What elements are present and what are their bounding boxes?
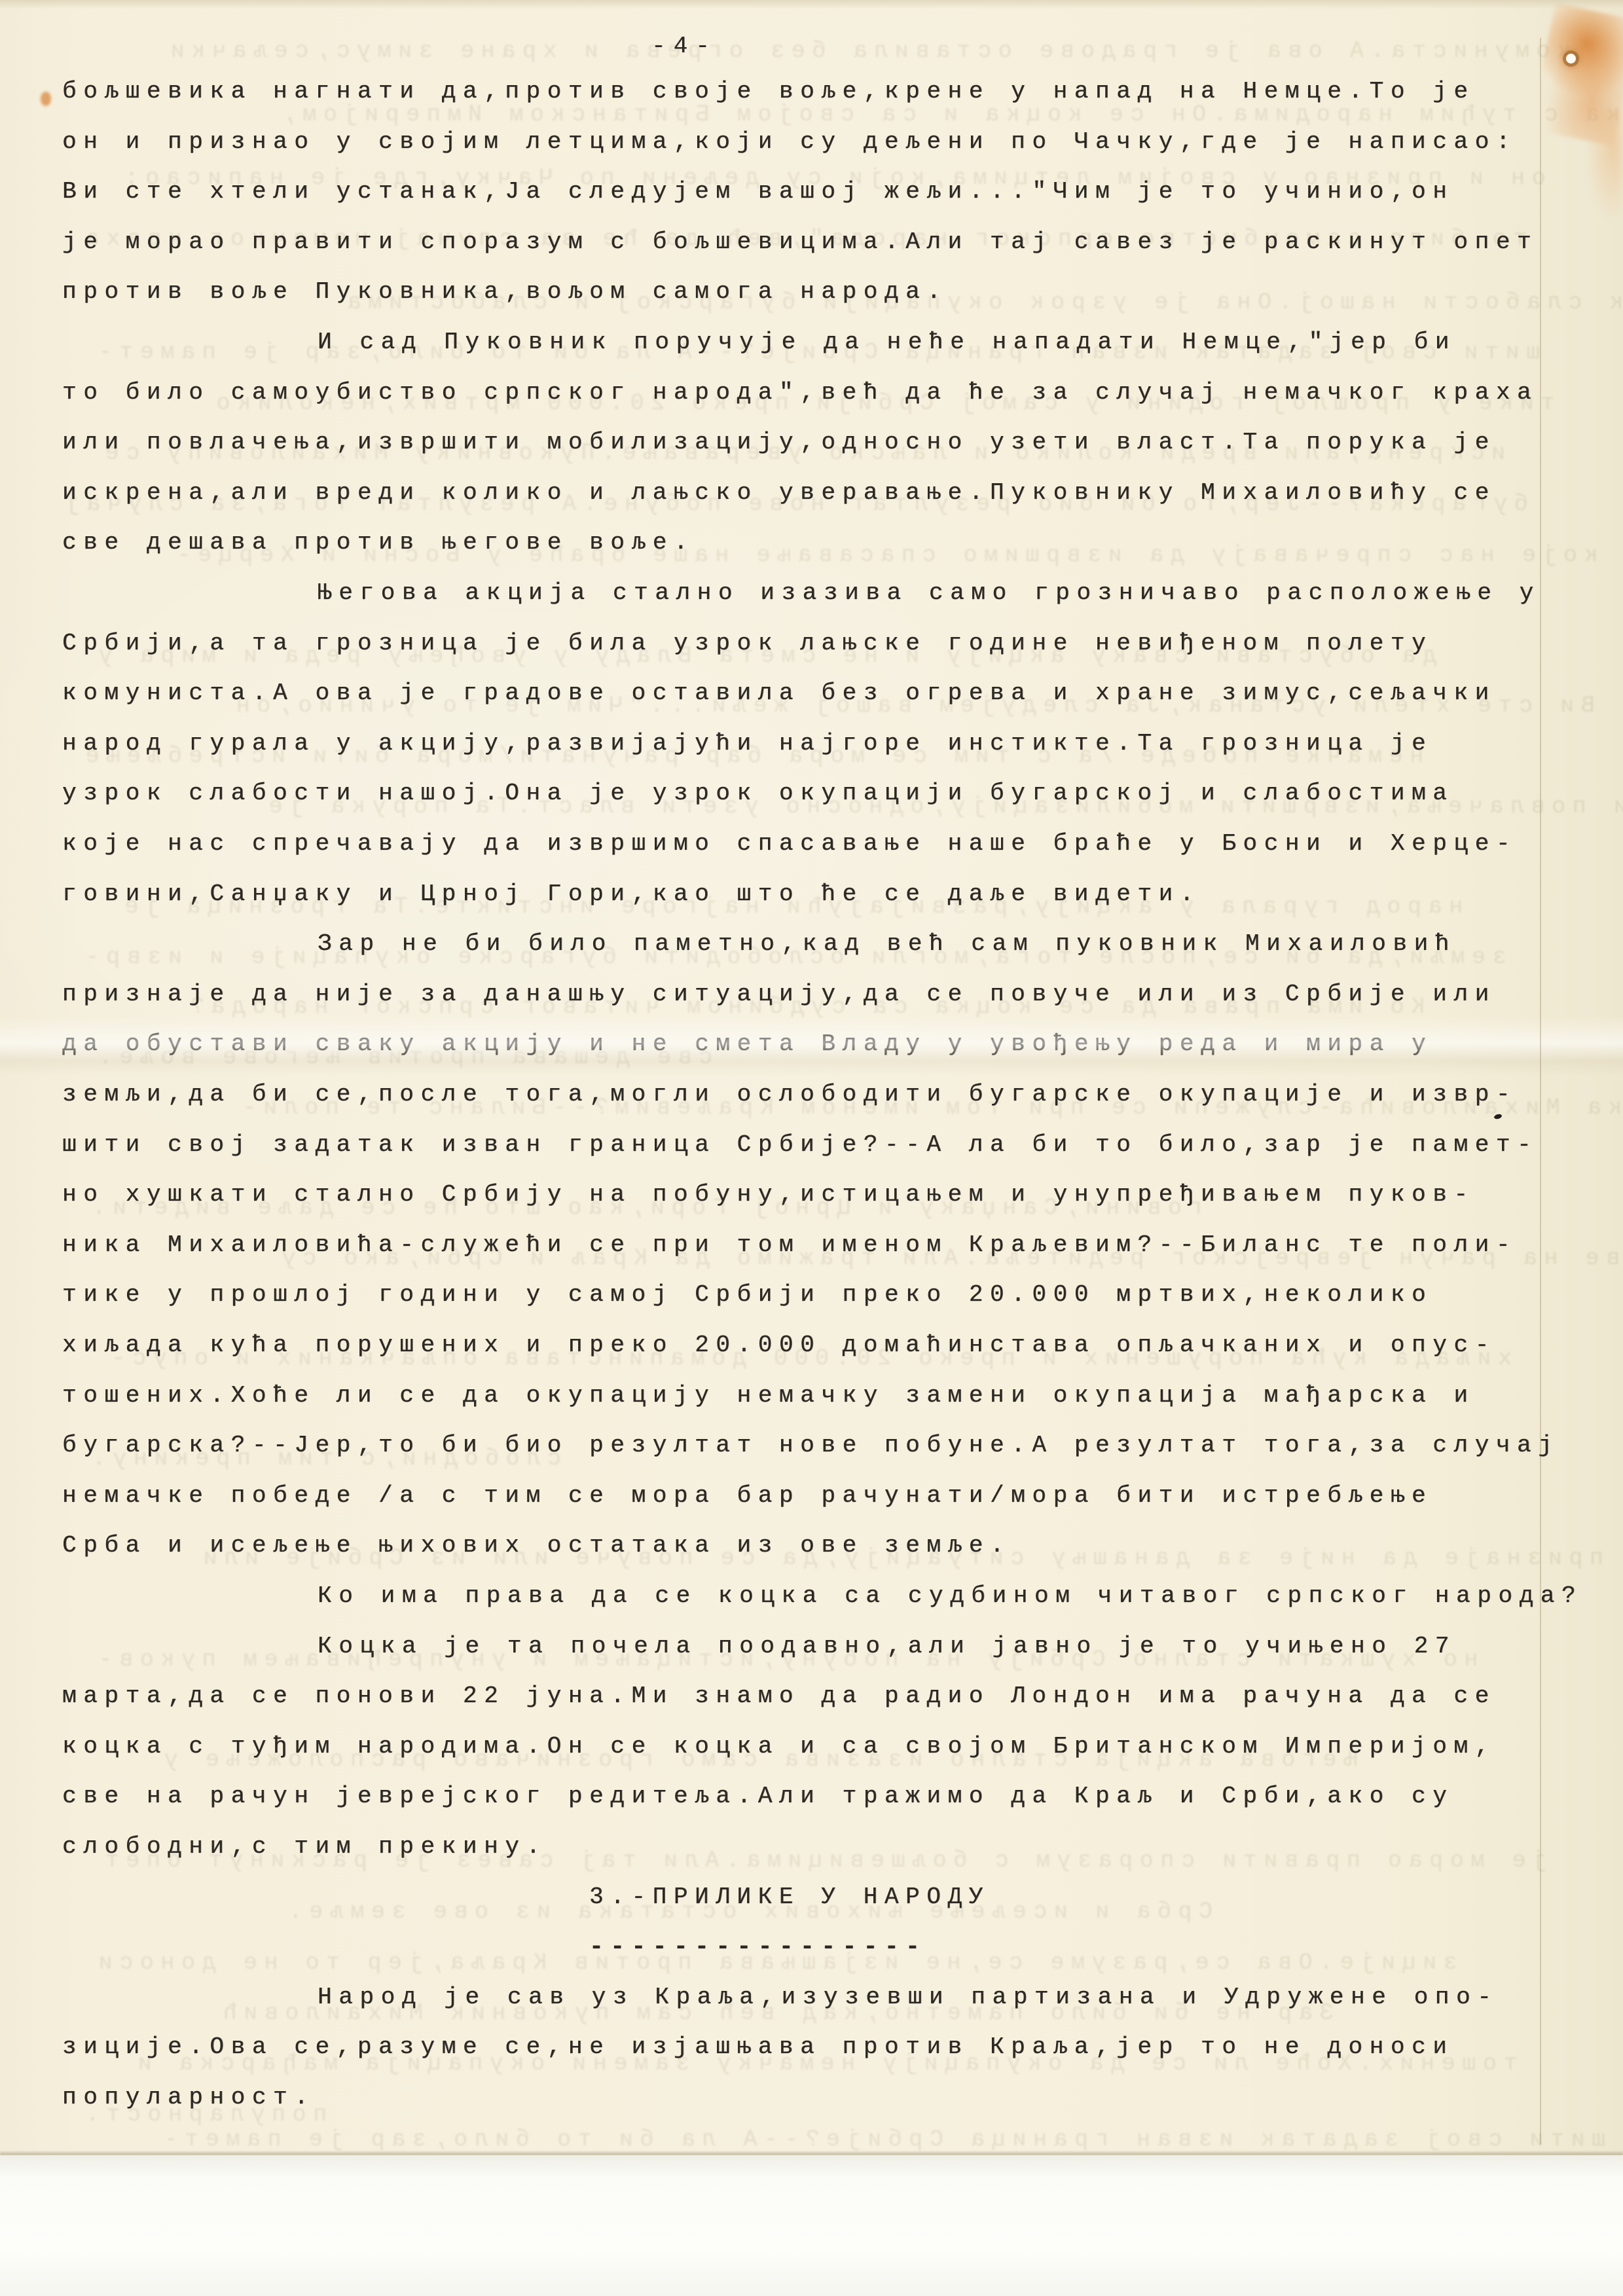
bleedthrough-ghost-line: коцка с туђим народима.Он се коцка и са … (275, 101, 1623, 128)
ink-speck (1493, 1114, 1502, 1120)
scanned-page: комуниста.А ова је градове оставила без … (0, 0, 1623, 2296)
section-heading: 3.-ПРИЛИКЕ У НАРОДУ (589, 1884, 990, 1910)
vertical-fold-crease (1540, 38, 1541, 2145)
text-line: то било самоубиство српског народа",већ … (62, 380, 1538, 406)
heading-underline: ---------------- (589, 1934, 926, 1960)
rust-stain-tail (1590, 110, 1623, 234)
text-line: ника Михаиловића-служећи се при том имен… (62, 1232, 1517, 1258)
text-line: узрок слабости нашој.Она је узрок окупац… (62, 780, 1453, 807)
bleedthrough-ghost-line: комуниста.А ова је градове оставила без … (164, 38, 1571, 64)
text-line: Ко има права да се коцка са судбином чит… (318, 1583, 1582, 1609)
text-line: све на рачун јеврејског редитеља.Али тра… (62, 1783, 1453, 1810)
text-line: Ви сте хтели устанак,Ја следујем вашој ж… (62, 179, 1453, 205)
paper-sheet: комуниста.А ова је градове оставила без … (0, 0, 1623, 2155)
text-line: све дешава против његове воље. (62, 530, 695, 556)
text-line: бољшевика нагнати да,против своје воље,к… (62, 79, 1475, 105)
text-line: Његова акција стално изазива само грозни… (318, 580, 1541, 606)
text-line: је морао правити споразум с бољшевицима.… (62, 229, 1538, 255)
rust-hole (1566, 54, 1576, 64)
text-line: тике у прошлој години у самој Србији пре… (62, 1282, 1432, 1308)
text-line: Србији,а та грозница је била узрок лањск… (62, 630, 1432, 657)
text-line: бугарска?--Јер,то би био резултат нове п… (62, 1432, 1559, 1459)
text-line: тошених.Хоће ли се да окупацију немачку … (62, 1383, 1475, 1409)
text-line: Зар не би било паметно,кад већ сам пуков… (318, 931, 1456, 957)
text-line: но хушкати стално Србију на побуну,истиц… (62, 1182, 1475, 1208)
text-line: коцка с туђим народима.Он се коцка и са … (62, 1734, 1496, 1760)
text-line: Коцка је та почела поодавно,али јавно је… (318, 1633, 1456, 1660)
text-line: он и признао у својим летцима,који су де… (62, 129, 1517, 155)
small-stain-left-edge (41, 92, 51, 106)
text-line: комуниста.А ова је градове оставила без … (62, 680, 1496, 706)
text-line: хиљада кућа порушених и преко 20.000 дом… (62, 1332, 1496, 1358)
text-line: земљи,да би се,после тога,могли ослободи… (62, 1082, 1517, 1108)
text-line: признаје да није за данашњу ситуацију,да… (62, 981, 1496, 1008)
text-line: или повлачења,извршити мобилизацију,одно… (62, 429, 1496, 456)
text-line: марта,да се понови 22 јуна.Ми знамо да р… (62, 1683, 1496, 1709)
scanner-background (0, 2155, 1623, 2296)
text-line: Срба и исељење њихових остатака из ове з… (62, 1533, 1011, 1559)
text-line: Народ је сав уз Краља,изузевши партизана… (318, 1984, 1498, 2011)
text-line: народ гурала у акцију,развијајући најгор… (62, 731, 1432, 757)
text-line: да обустави сваку акцију и не смета Влад… (62, 1031, 1432, 1057)
text-line: немачке победе /а с тим се мора бар рачу… (62, 1483, 1432, 1509)
page-number: -4- (651, 33, 718, 60)
text-line: И сад Пуковник поручује да неће нападати… (318, 329, 1456, 355)
text-line: популарност. (62, 2085, 315, 2111)
text-line: шити свој задатак изван граница Србије?-… (62, 1132, 1538, 1158)
text-line: говини,Санџаку и Црној Гори,као што ће с… (62, 881, 1201, 907)
text-line: искрена,али вреди колико и лањско уверав… (62, 480, 1496, 506)
text-line: против воље Пуковника,вољом самога народ… (62, 279, 948, 305)
text-line: слободни,с тим прекину. (62, 1834, 547, 1860)
text-line: које нас спречавају да извршимо спасавањ… (62, 831, 1517, 857)
text-line: зиције.Ова се,разуме се,не изјашњава про… (62, 2034, 1453, 2060)
bleedthrough-ghost-line: шити свој задатак изван граница Србије?-… (157, 2126, 1605, 2153)
